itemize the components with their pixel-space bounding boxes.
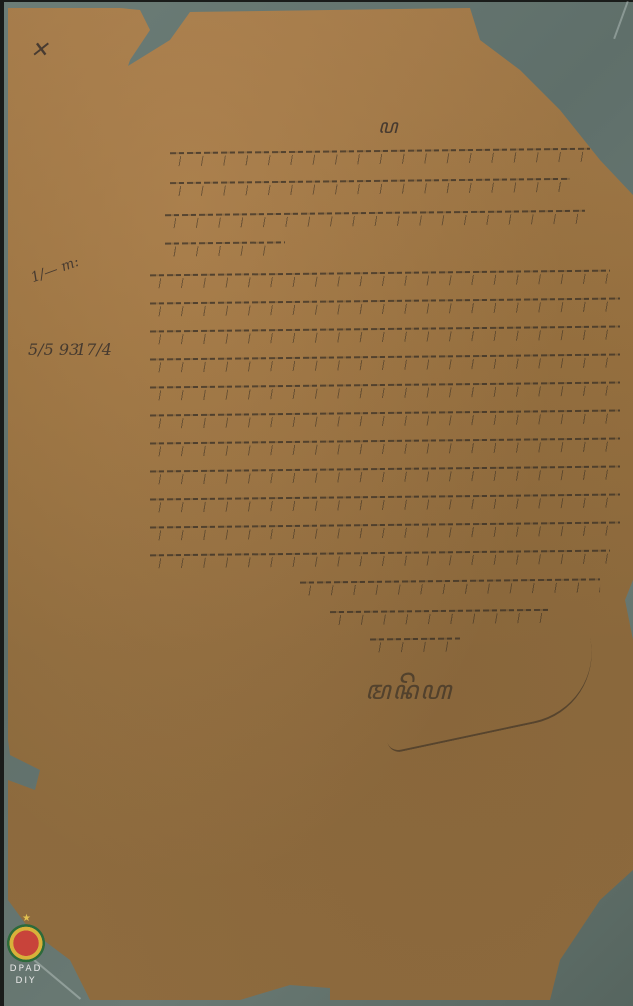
logo-label-line2: DIY — [4, 975, 48, 987]
manuscript-scan: ✕ ꦥ 1/— m: 5/5 93 17/4 ꦩꦤꦼꦲ ★ DPAD DIY — [0, 0, 633, 1006]
dpad-seal-icon: ★ — [6, 919, 46, 963]
star-icon: ★ — [22, 913, 31, 924]
logo-label-line1: DPAD — [4, 963, 48, 975]
archive-logo: ★ DPAD DIY — [4, 915, 48, 1005]
heading-mark: ꦥ — [378, 112, 397, 152]
margin-note-3: 17/4 — [76, 340, 112, 359]
top-left-mark: ✕ — [30, 38, 48, 63]
margin-note-2: 5/5 93 — [28, 340, 79, 359]
